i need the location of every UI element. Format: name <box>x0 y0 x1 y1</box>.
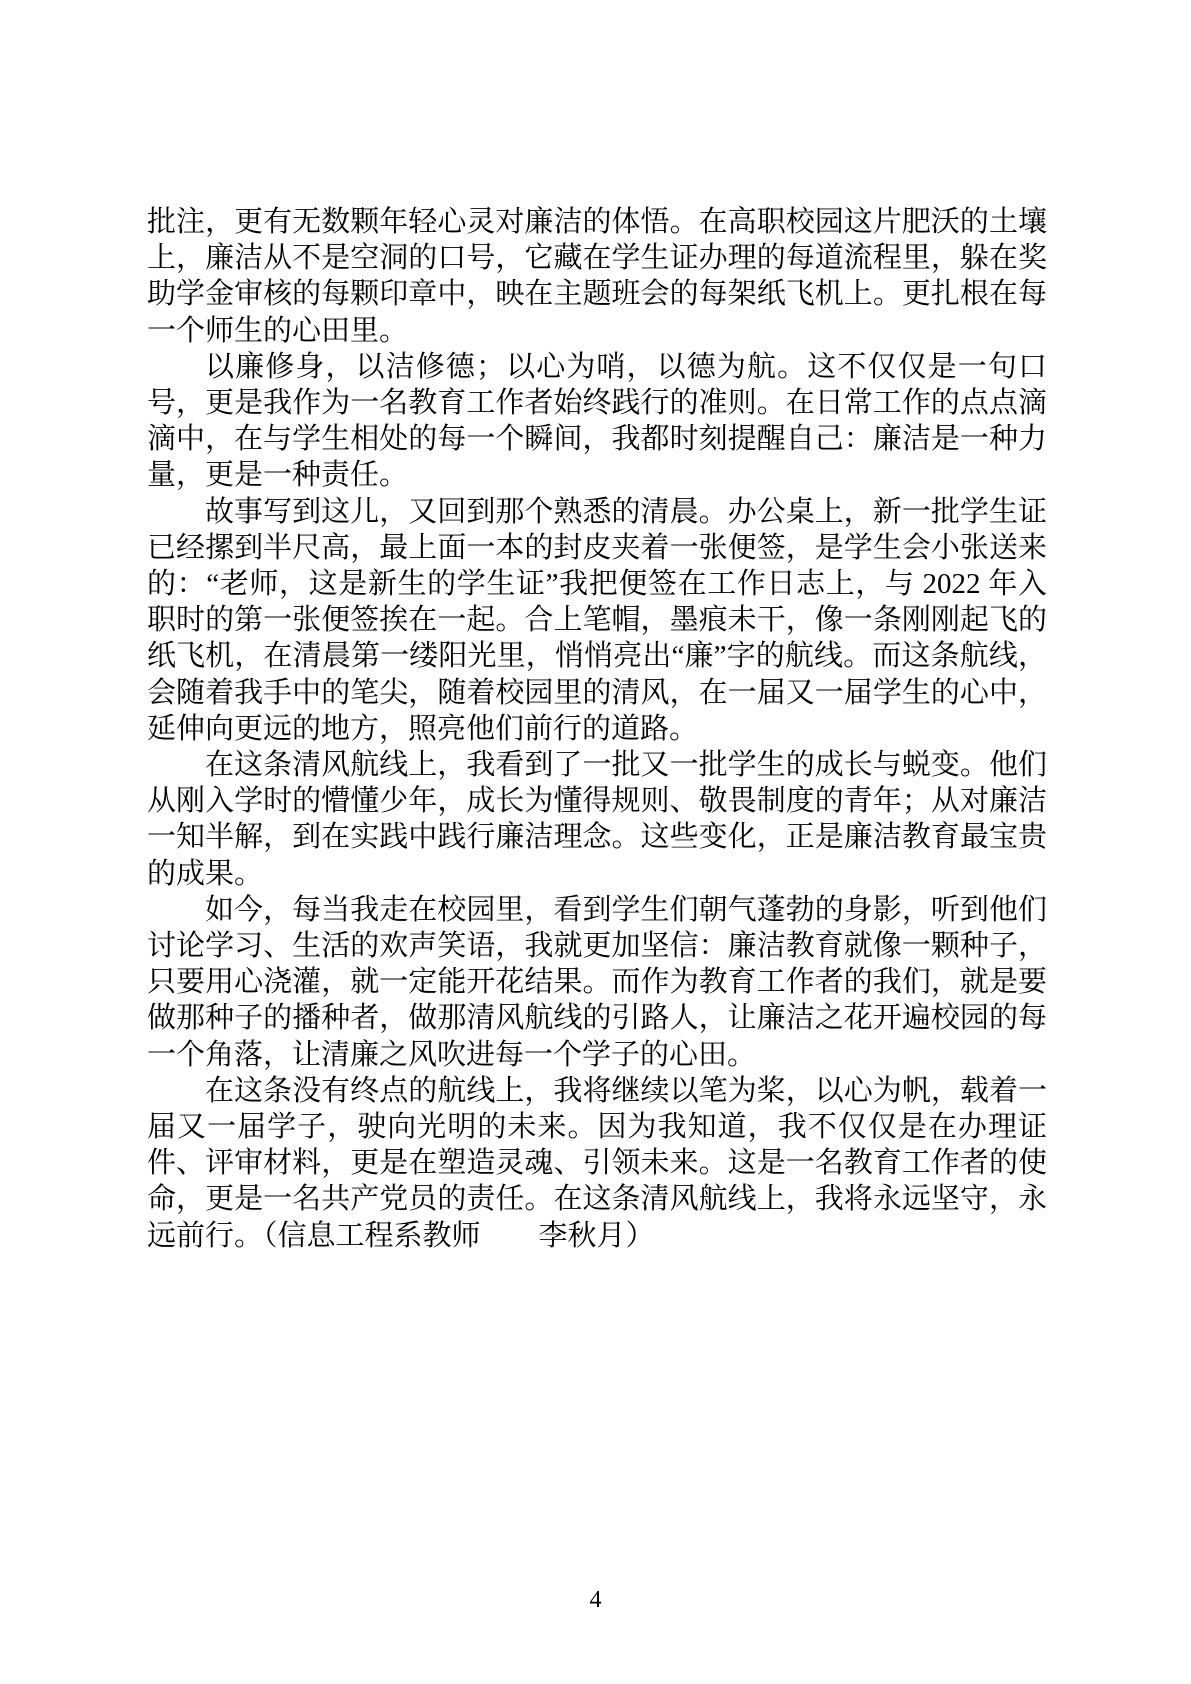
paragraph-6: 在这条没有终点的航线上，我将继续以笔为桨，以心为帆，载着一届又一届学子，驶向光明… <box>147 1073 1047 1254</box>
paragraph-3: 故事写到这儿，又回到那个熟悉的清晨。办公桌上，新一批学生证已经摞到半尺高，最上面… <box>147 494 1047 747</box>
page-number: 4 <box>0 1586 1191 1614</box>
paragraph-1: 批注，更有无数颗年轻心灵对廉洁的体悟。在高职校园这片肥沃的土壤上，廉洁从不是空洞… <box>147 204 1047 349</box>
paragraph-2: 以廉修身，以洁修德；以心为哨，以德为航。这不仅仅是一句口号，更是我作为一名教育工… <box>147 349 1047 494</box>
paragraph-5: 如今，每当我走在校园里，看到学生们朝气蓬勃的身影，听到他们讨论学习、生活的欢声笑… <box>147 892 1047 1073</box>
document-page: 批注，更有无数颗年轻心灵对廉洁的体悟。在高职校园这片肥沃的土壤上，廉洁从不是空洞… <box>0 0 1191 1684</box>
document-body: 批注，更有无数颗年轻心灵对廉洁的体悟。在高职校园这片肥沃的土壤上，廉洁从不是空洞… <box>147 204 1047 1254</box>
paragraph-4: 在这条清风航线上，我看到了一批又一批学生的成长与蜕变。他们从刚入学时的懵懂少年，… <box>147 747 1047 892</box>
